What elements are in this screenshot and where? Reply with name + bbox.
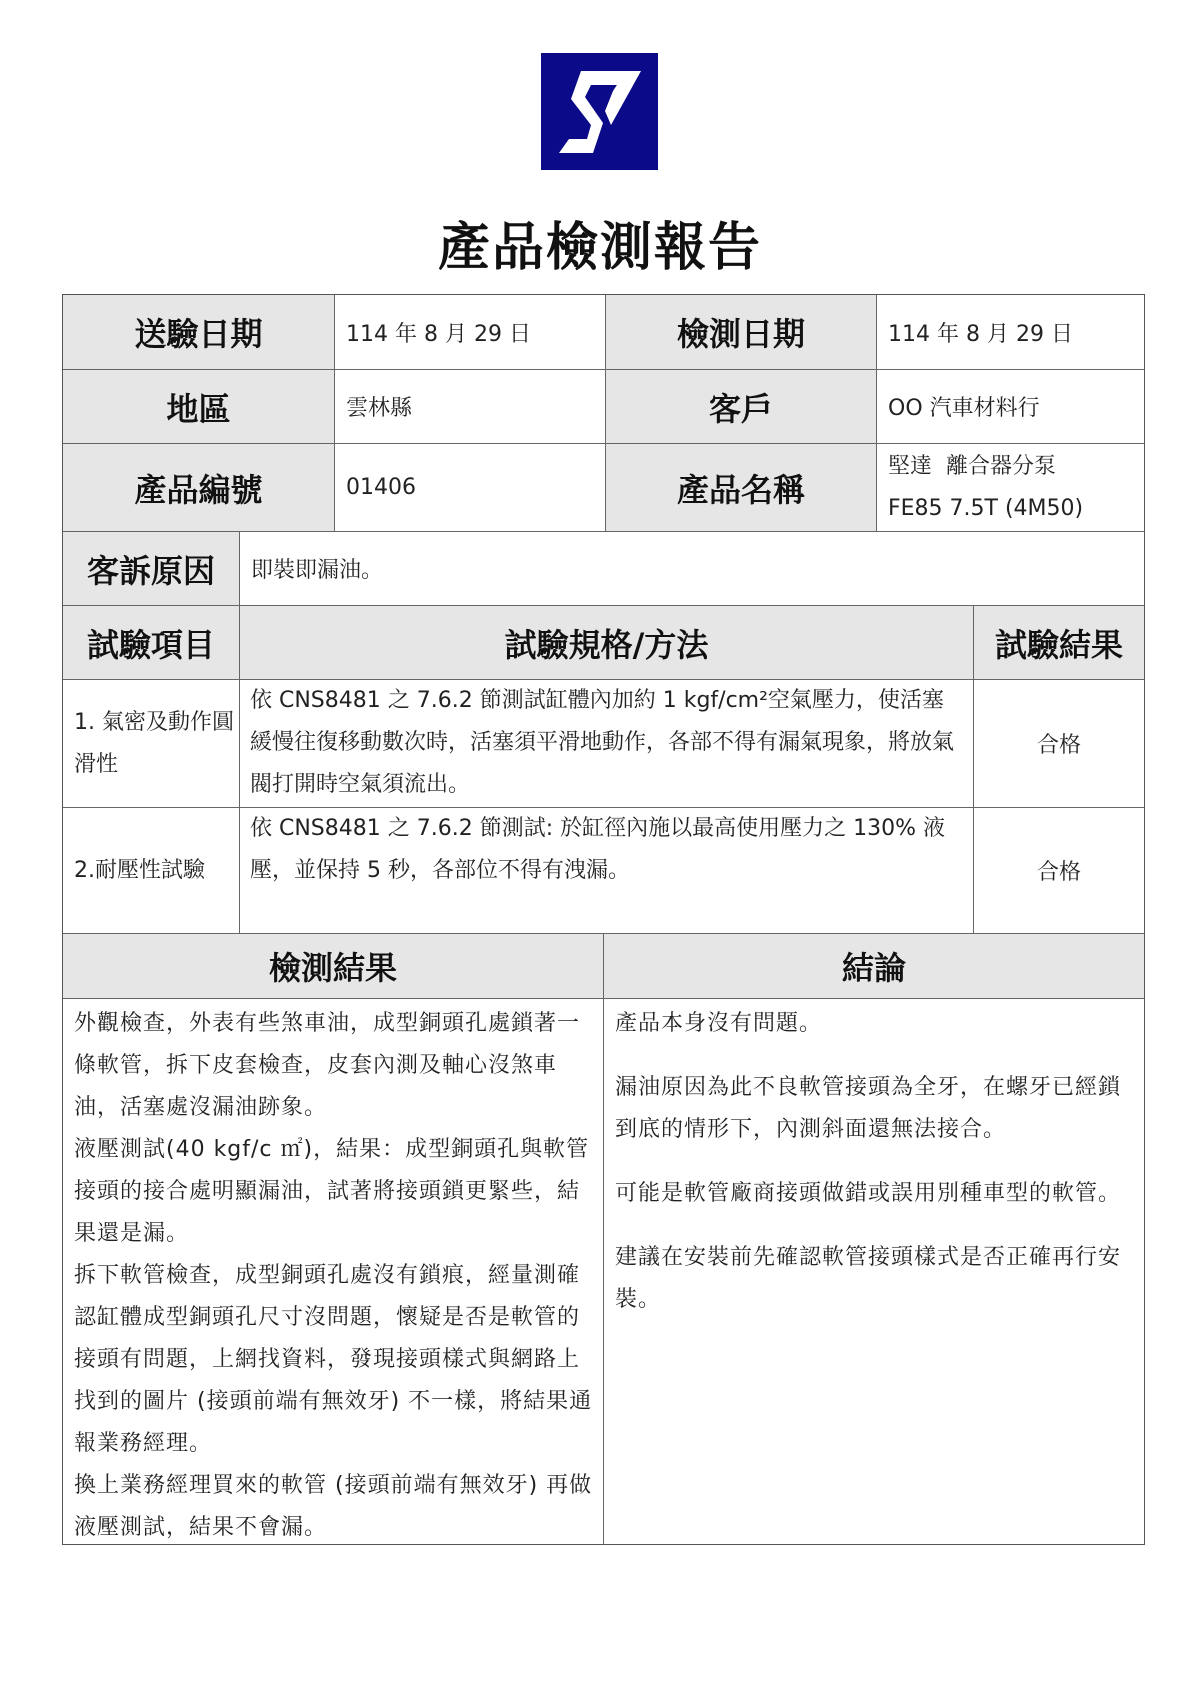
product-no-label: 產品編號 xyxy=(63,444,334,531)
test-result-header: 試驗結果 xyxy=(973,606,1144,679)
product-no-value: 01406 xyxy=(334,444,605,531)
region-value: 雲林縣 xyxy=(334,370,605,443)
findings-body-row: 外觀檢查，外表有些煞車油，成型銅頭孔處鎖著一條軟管，拆下皮套檢查，皮套內測及軸心… xyxy=(63,998,1144,1544)
findings-paragraph: 液壓測試(40 kgf/c ㎡)，結果：成型銅頭孔與軟管接頭的接合處明顯漏油，試… xyxy=(74,1129,593,1255)
region-label: 地區 xyxy=(63,370,334,443)
complaint-row: 客訴原因 即裝即漏油。 xyxy=(63,531,1144,605)
conclusion-paragraph: 建議在安裝前先確認軟管接頭樣式是否正確再行安裝。 xyxy=(615,1237,1134,1321)
test-spec: 依 CNS8481 之 7.6.2 節測試: 於缸徑內施以最高使用壓力之 130… xyxy=(239,808,973,933)
test-result: 合格 xyxy=(973,680,1144,807)
info-row-dates: 送驗日期 114 年 8 月 29 日 檢測日期 114 年 8 月 29 日 xyxy=(63,295,1144,369)
send-date-value: 114 年 8 月 29 日 xyxy=(334,295,605,369)
test-row-1: 1. 氣密及動作圓滑性 依 CNS8481 之 7.6.2 節測試缸體內加約 1… xyxy=(63,679,1144,807)
info-row-region: 地區 雲林縣 客戶 OO 汽車材料行 xyxy=(63,369,1144,443)
findings-paragraph: 外觀檢查，外表有些煞車油，成型銅頭孔處鎖著一條軟管，拆下皮套檢查，皮套內測及軸心… xyxy=(74,1003,593,1129)
product-name-line1: 堅達 離合器分泵 xyxy=(888,446,1056,488)
tests-header-row: 試驗項目 試驗規格/方法 試驗結果 xyxy=(63,605,1144,679)
test-date-value: 114 年 8 月 29 日 xyxy=(876,295,1144,369)
product-name-value: 堅達 離合器分泵 FE85 7.5T (4M50) xyxy=(876,444,1144,531)
page-title: 產品檢測報告 xyxy=(0,205,1200,280)
conclusion-header: 結論 xyxy=(603,934,1144,998)
conclusion-body: 產品本身沒有問題。 漏油原因為此不良軟管接頭為全牙，在螺牙已經鎖到底的情形下，內… xyxy=(603,999,1144,1544)
sy-logo-icon xyxy=(541,53,658,170)
product-name-line2: FE85 7.5T (4M50) xyxy=(888,488,1083,530)
test-date-label: 檢測日期 xyxy=(605,295,876,369)
test-spec: 依 CNS8481 之 7.6.2 節測試缸體內加約 1 kgf/cm²空氣壓力… xyxy=(239,680,973,807)
findings-header-row: 檢測結果 結論 xyxy=(63,933,1144,998)
findings-body: 外觀檢查，外表有些煞車油，成型銅頭孔處鎖著一條軟管，拆下皮套檢查，皮套內測及軸心… xyxy=(63,999,603,1544)
test-item: 1. 氣密及動作圓滑性 xyxy=(63,680,239,807)
customer-value: OO 汽車材料行 xyxy=(876,370,1144,443)
conclusion-paragraph: 產品本身沒有問題。 xyxy=(615,1003,822,1045)
send-date-label: 送驗日期 xyxy=(63,295,334,369)
conclusion-paragraph: 漏油原因為此不良軟管接頭為全牙，在螺牙已經鎖到底的情形下，內測斜面還無法接合。 xyxy=(615,1067,1134,1151)
test-item-header: 試驗項目 xyxy=(63,606,239,679)
conclusion-paragraph: 可能是軟管廠商接頭做錯或誤用別種車型的軟管。 xyxy=(615,1173,1121,1215)
report-table: 送驗日期 114 年 8 月 29 日 檢測日期 114 年 8 月 29 日 … xyxy=(62,294,1145,1545)
complaint-label: 客訴原因 xyxy=(63,532,239,605)
findings-paragraph: 拆下軟管檢查，成型銅頭孔處沒有鎖痕，經量測確認缸體成型銅頭孔尺寸沒問題，懷疑是否… xyxy=(74,1255,593,1465)
info-row-product: 產品編號 01406 產品名稱 堅達 離合器分泵 FE85 7.5T (4M50… xyxy=(63,443,1144,531)
product-name-label: 產品名稱 xyxy=(605,444,876,531)
test-item: 2.耐壓性試驗 xyxy=(63,808,239,933)
complaint-value: 即裝即漏油。 xyxy=(239,532,1144,605)
test-result: 合格 xyxy=(973,808,1144,933)
findings-paragraph: 換上業務經理買來的軟管 (接頭前端有無效牙) 再做液壓測試，結果不會漏。 xyxy=(74,1465,593,1549)
test-row-2: 2.耐壓性試驗 依 CNS8481 之 7.6.2 節測試: 於缸徑內施以最高使… xyxy=(63,807,1144,933)
company-logo xyxy=(541,53,658,170)
test-spec-header: 試驗規格/方法 xyxy=(239,606,973,679)
findings-header: 檢測結果 xyxy=(63,934,603,998)
customer-label: 客戶 xyxy=(605,370,876,443)
